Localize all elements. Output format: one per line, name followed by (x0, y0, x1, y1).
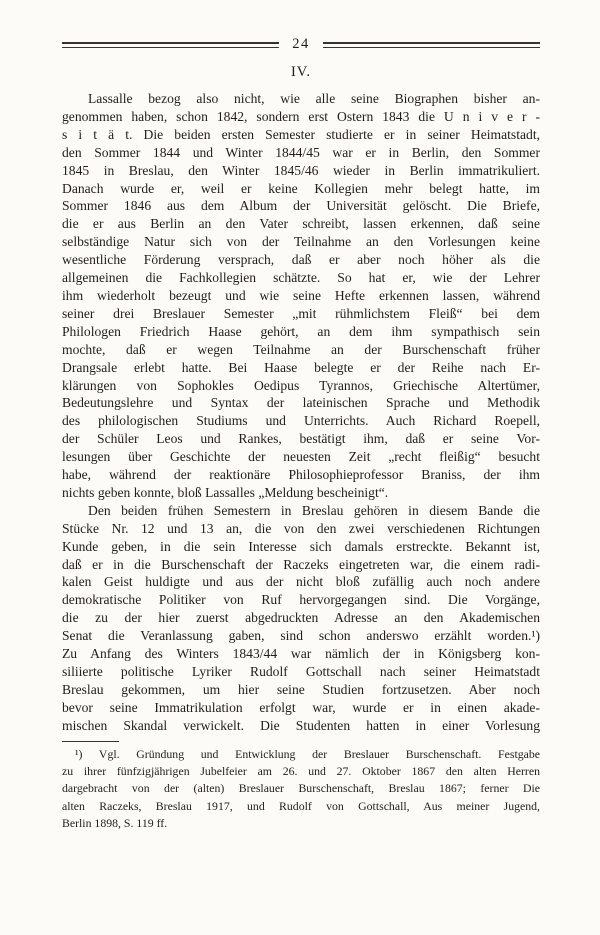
text-line: kalen Geist huldigte und aus der nicht b… (62, 573, 540, 591)
text-line: die er aus Berlin an den Vater schreibt,… (62, 215, 540, 233)
text-line: mischen Skandal verwickelt. Die Studente… (62, 717, 540, 735)
text-line: die zu der hier zuerst abgedruckten Adre… (62, 609, 540, 627)
text-line: des philologischen Studiums und Unterric… (62, 412, 540, 430)
text-line: mochte, daß er wegen Teilnahme an der Bu… (62, 341, 540, 359)
text-line: Bedeutungslehre und Syntax der lateinisc… (62, 394, 540, 412)
text-line: Philologen Friedrich Haase gehört, an de… (62, 323, 540, 341)
text-line: der Schüler Leos und Rankes, bestätigt i… (62, 430, 540, 448)
text-line: Lassalle bezog also nicht, wie alle sein… (62, 90, 540, 108)
text-line: bevor seine Immatrikulation erfolgt war,… (62, 699, 540, 717)
text-line: Den beiden frühen Semestern in Breslau g… (62, 502, 540, 520)
footnote-separator (62, 741, 119, 742)
text-line: Sommer 1846 aus dem Album der Universitä… (62, 197, 540, 215)
text-line: demokratische Politiker von Ruf hervorge… (62, 591, 540, 609)
header-rule-left (62, 42, 279, 48)
header-rule-right (323, 42, 540, 48)
text-line: Drangsale erlebt hatte. Bei Haase belegt… (62, 359, 540, 377)
paragraph-2: Den beiden frühen Semestern in Breslau g… (62, 502, 540, 735)
text-line: genommen haben, schon 1842, sondern erst… (62, 108, 540, 126)
text-line: daß er in die Burschenschaft der Raczeks… (62, 556, 540, 574)
book-page: 24 IV. Lassalle bezog also nicht, wie al… (0, 0, 600, 935)
text-line: siliierte politische Lyriker Rudolf Gott… (62, 663, 540, 681)
text-line: Stücke Nr. 12 und 13 an, die von den zwe… (62, 520, 540, 538)
text-line: klärungen von Sophokles Oedipus Tyrannos… (62, 377, 540, 395)
text-line: alten Raczeks, Breslau 1917, und Rudolf … (62, 798, 540, 815)
text-line: Kunde geben, in die sein Interesse sich … (62, 538, 540, 556)
text-line: wesentliche Förderung versprach, daß er … (62, 251, 540, 269)
text-line: Danach wurde er, weil er keine Kollegien… (62, 180, 540, 198)
text-line: Zu Anfang des Winters 1843/44 war nämlic… (62, 645, 540, 663)
text-line: nichts geben konnte, bloß Lassalles „Mel… (62, 484, 540, 502)
text-line: den Sommer 1844 und Winter 1844/45 war e… (62, 144, 540, 162)
text-line: Berlin 1898, S. 119 ff. (62, 815, 540, 832)
text-line: ihm wiederholt bezeugt und wie seine Hef… (62, 287, 540, 305)
text-line: zu ihrer fünfzigjährigen Jubelfeier am 2… (62, 763, 540, 780)
text-line: allgemeinen die Fachkollegien schätzte. … (62, 269, 540, 287)
page-content: 24 IV. Lassalle bezog also nicht, wie al… (0, 0, 600, 832)
text-line: selbständige Natur sich von der Teilnahm… (62, 233, 540, 251)
text-line: Senat die Veranlassung gaben, sind schon… (62, 627, 540, 645)
page-header: 24 (62, 36, 540, 53)
text-line: habe, während der reaktionäre Philosophi… (62, 466, 540, 484)
text-line: s i t ä t. Die beiden ersten Semester st… (62, 126, 540, 144)
paragraph-1: Lassalle bezog also nicht, wie alle sein… (62, 90, 540, 502)
text-line: lesungen über Geschichte der neuesten Ze… (62, 448, 540, 466)
section-heading: IV. (62, 64, 540, 81)
text-line: 1845 in Breslau, den Winter 1845/46 wied… (62, 162, 540, 180)
page-number: 24 (279, 36, 323, 53)
text-line: ¹) Vgl. Gründung und Entwicklung der Bre… (62, 746, 540, 763)
text-line: seiner drei Breslauer Semester „mit rühm… (62, 305, 540, 323)
text-line: Breslau gekommen, um hier seine Studien … (62, 681, 540, 699)
footnote: ¹) Vgl. Gründung und Entwicklung der Bre… (62, 746, 540, 832)
text-line: dargebracht von der (alten) Breslauer Bu… (62, 780, 540, 797)
body-text: Lassalle bezog also nicht, wie alle sein… (62, 90, 540, 735)
